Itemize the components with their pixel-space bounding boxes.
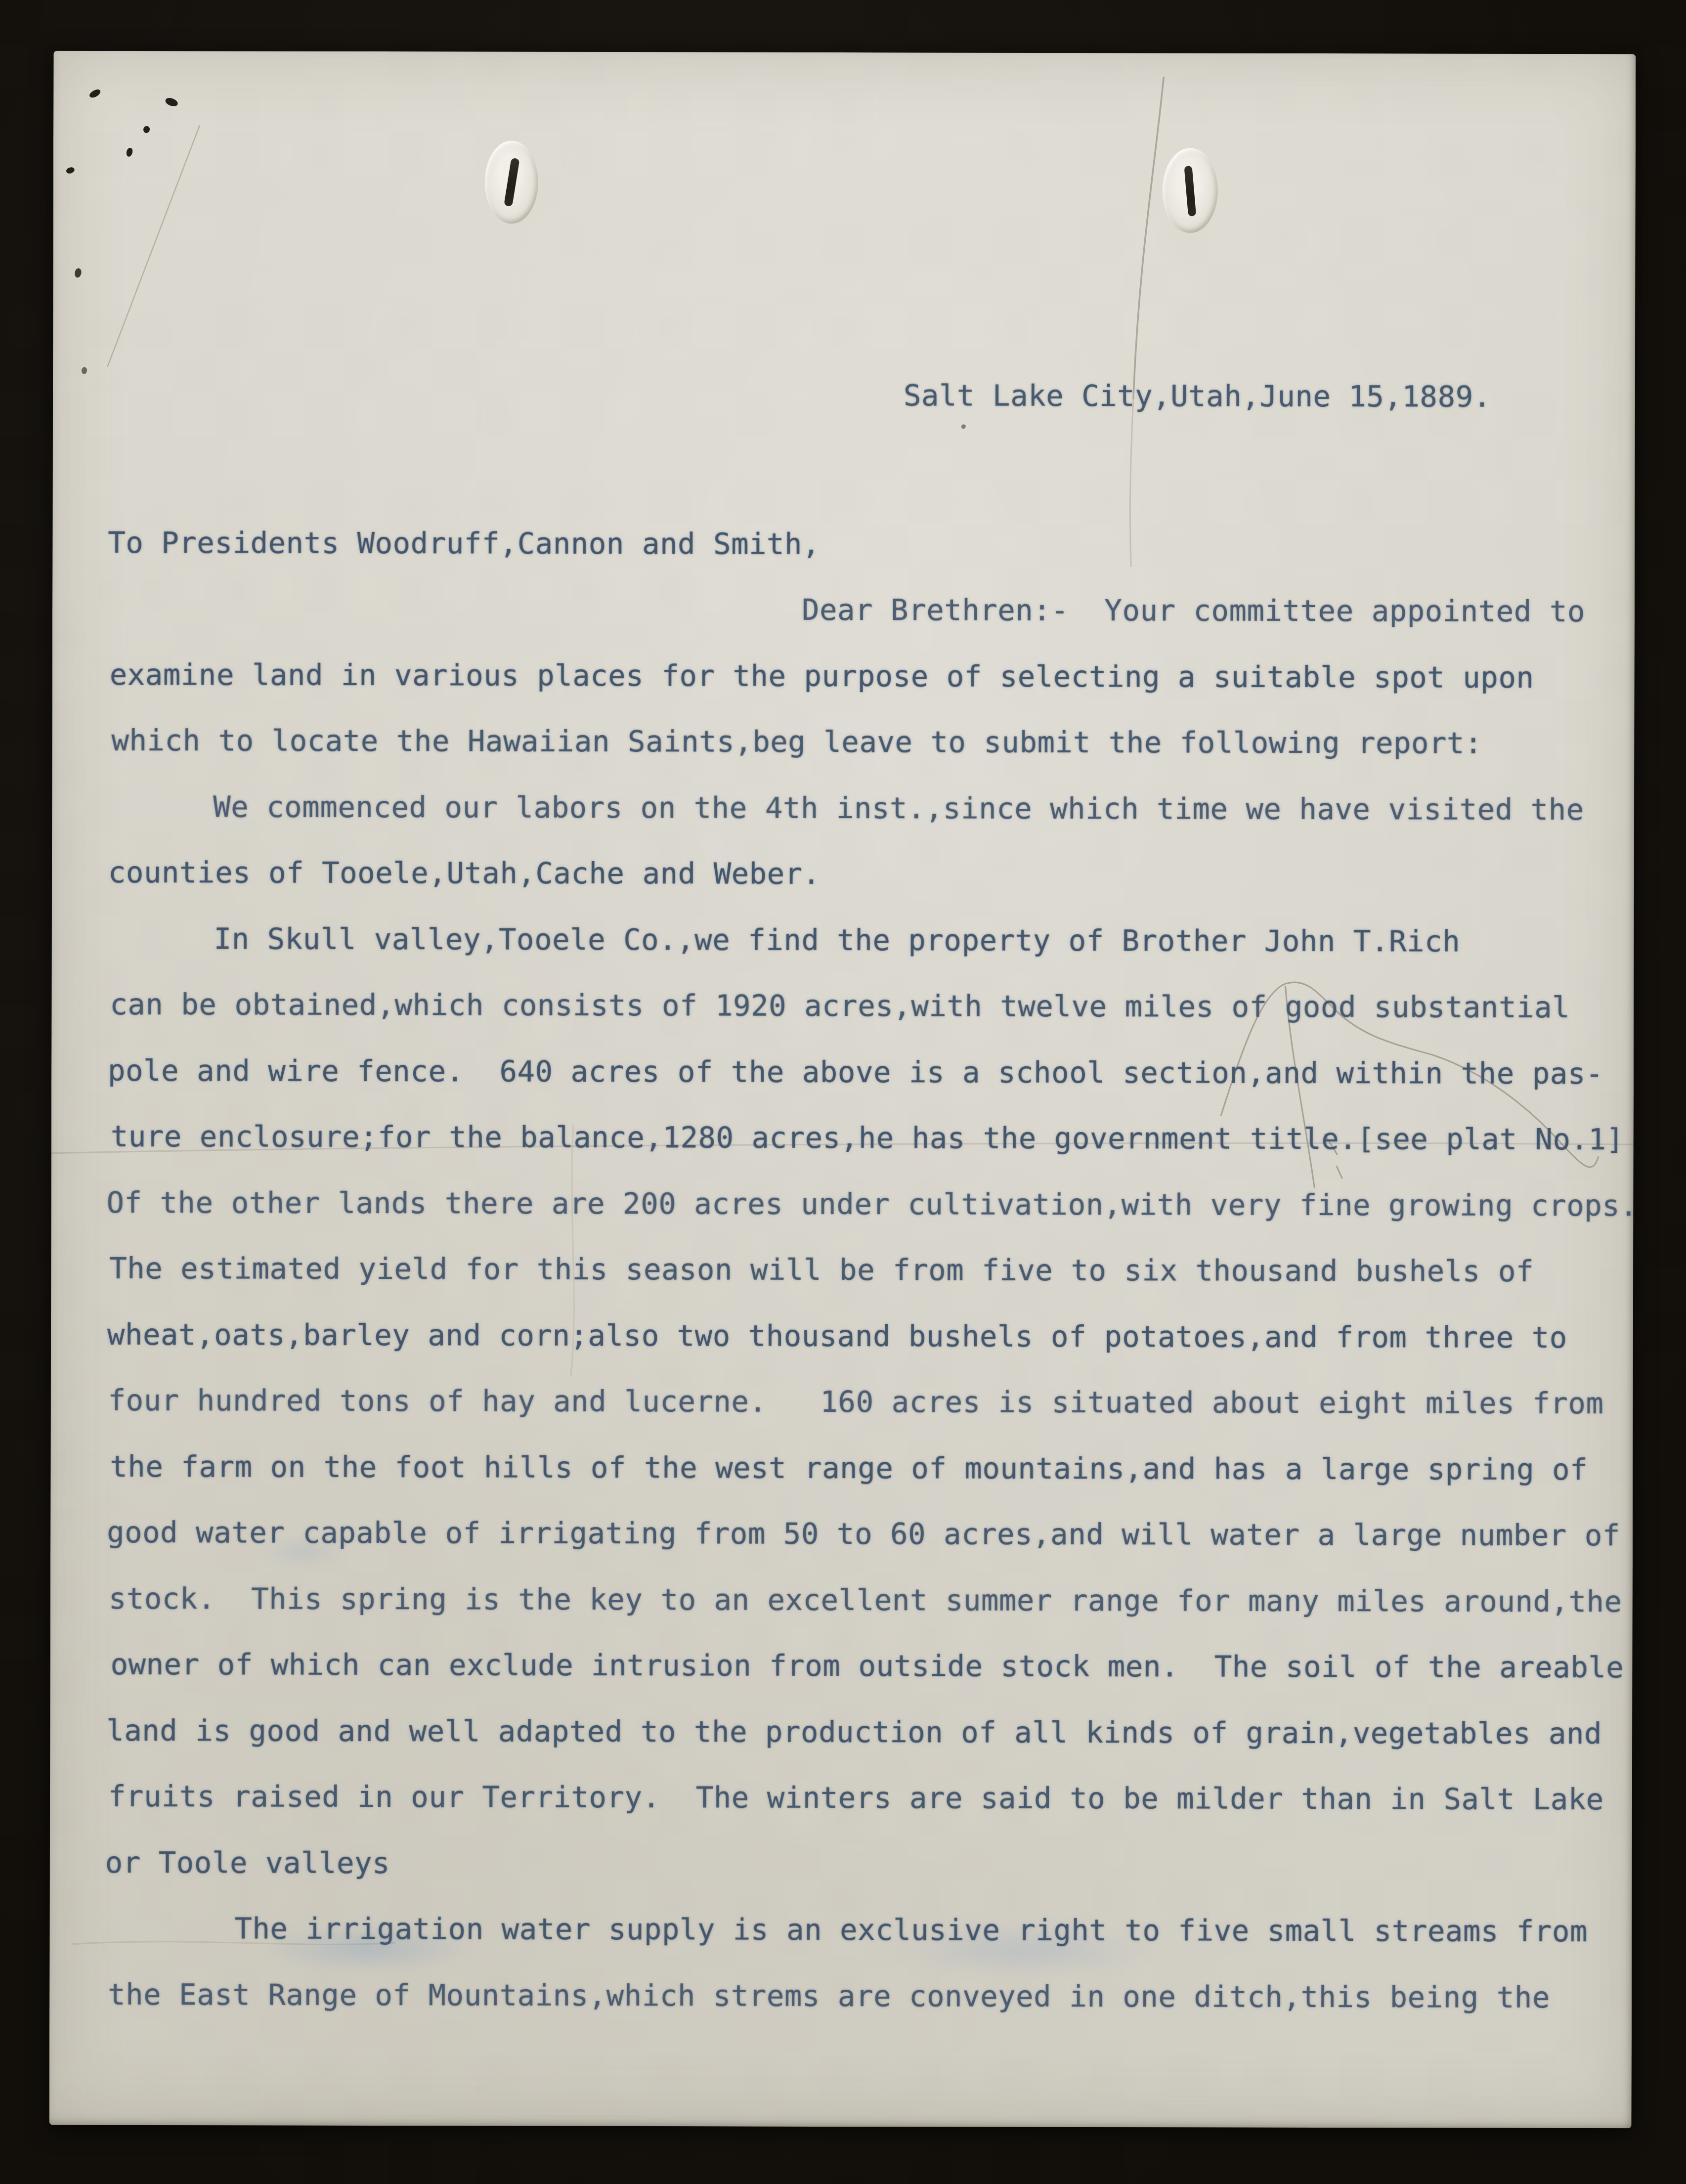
letter-line-19: owner of which can exclude intrusion fro… xyxy=(110,1647,1624,1685)
letter-line-12: Of the other lands there are 200 acres u… xyxy=(106,1185,1638,1223)
letter-text: Salt Lake City,Utah,June 15,1889.To Pres… xyxy=(49,51,1636,2129)
letter-line-24: the East Range of Mountains,which strems… xyxy=(108,1977,1550,2015)
letter-line-21: fruits raised in our Territory. The wint… xyxy=(108,1779,1604,1817)
letter-line-01: Salt Lake City,Utah,June 15,1889. xyxy=(904,378,1491,414)
letter-line-20: land is good and well adapted to the pro… xyxy=(106,1713,1602,1751)
scan-background: Salt Lake City,Utah,June 15,1889.To Pres… xyxy=(0,0,1686,2184)
letter-line-04: examine land in various places for the p… xyxy=(110,657,1534,696)
letter-line-13: The estimated yield for this season will… xyxy=(109,1251,1534,1289)
letter-line-05: which to locate the Hawaiian Saints,beg … xyxy=(111,723,1482,761)
letter-line-02: To Presidents Woodruff,Cannon and Smith, xyxy=(108,525,820,562)
letter-line-09: can be obtained,which consists of 1920 a… xyxy=(110,987,1570,1025)
paper-sheet: Salt Lake City,Utah,June 15,1889.To Pres… xyxy=(49,51,1636,2129)
letter-line-11: ture enclosure;for the balance,1280 acre… xyxy=(111,1119,1624,1157)
letter-line-17: good water capable of irrigating from 50… xyxy=(107,1515,1620,1553)
letter-line-08: In Skull valley,Tooele Co.,we find the p… xyxy=(214,921,1461,959)
letter-line-16: the farm on the foot hills of the west r… xyxy=(110,1449,1588,1487)
letter-line-15: four hundred tons of hay and lucerne. 16… xyxy=(108,1383,1604,1421)
letter-line-03: Dear Brethren:- Your committee appointed… xyxy=(802,592,1585,629)
letter-line-10: pole and wire fence. 640 acres of the ab… xyxy=(108,1053,1603,1092)
letter-line-06: We commenced our labors on the 4th inst.… xyxy=(213,789,1584,828)
letter-line-22: or Toole valleys xyxy=(105,1845,390,1881)
letter-line-18: stock. This spring is the key to an exce… xyxy=(109,1581,1622,1619)
letter-line-07: counties of Tooele,Utah,Cache and Weber. xyxy=(108,855,821,892)
letter-line-14: wheat,oats,barley and corn;also two thou… xyxy=(107,1317,1567,1355)
letter-line-23: The irrigation water supply is an exclus… xyxy=(234,1911,1588,1949)
